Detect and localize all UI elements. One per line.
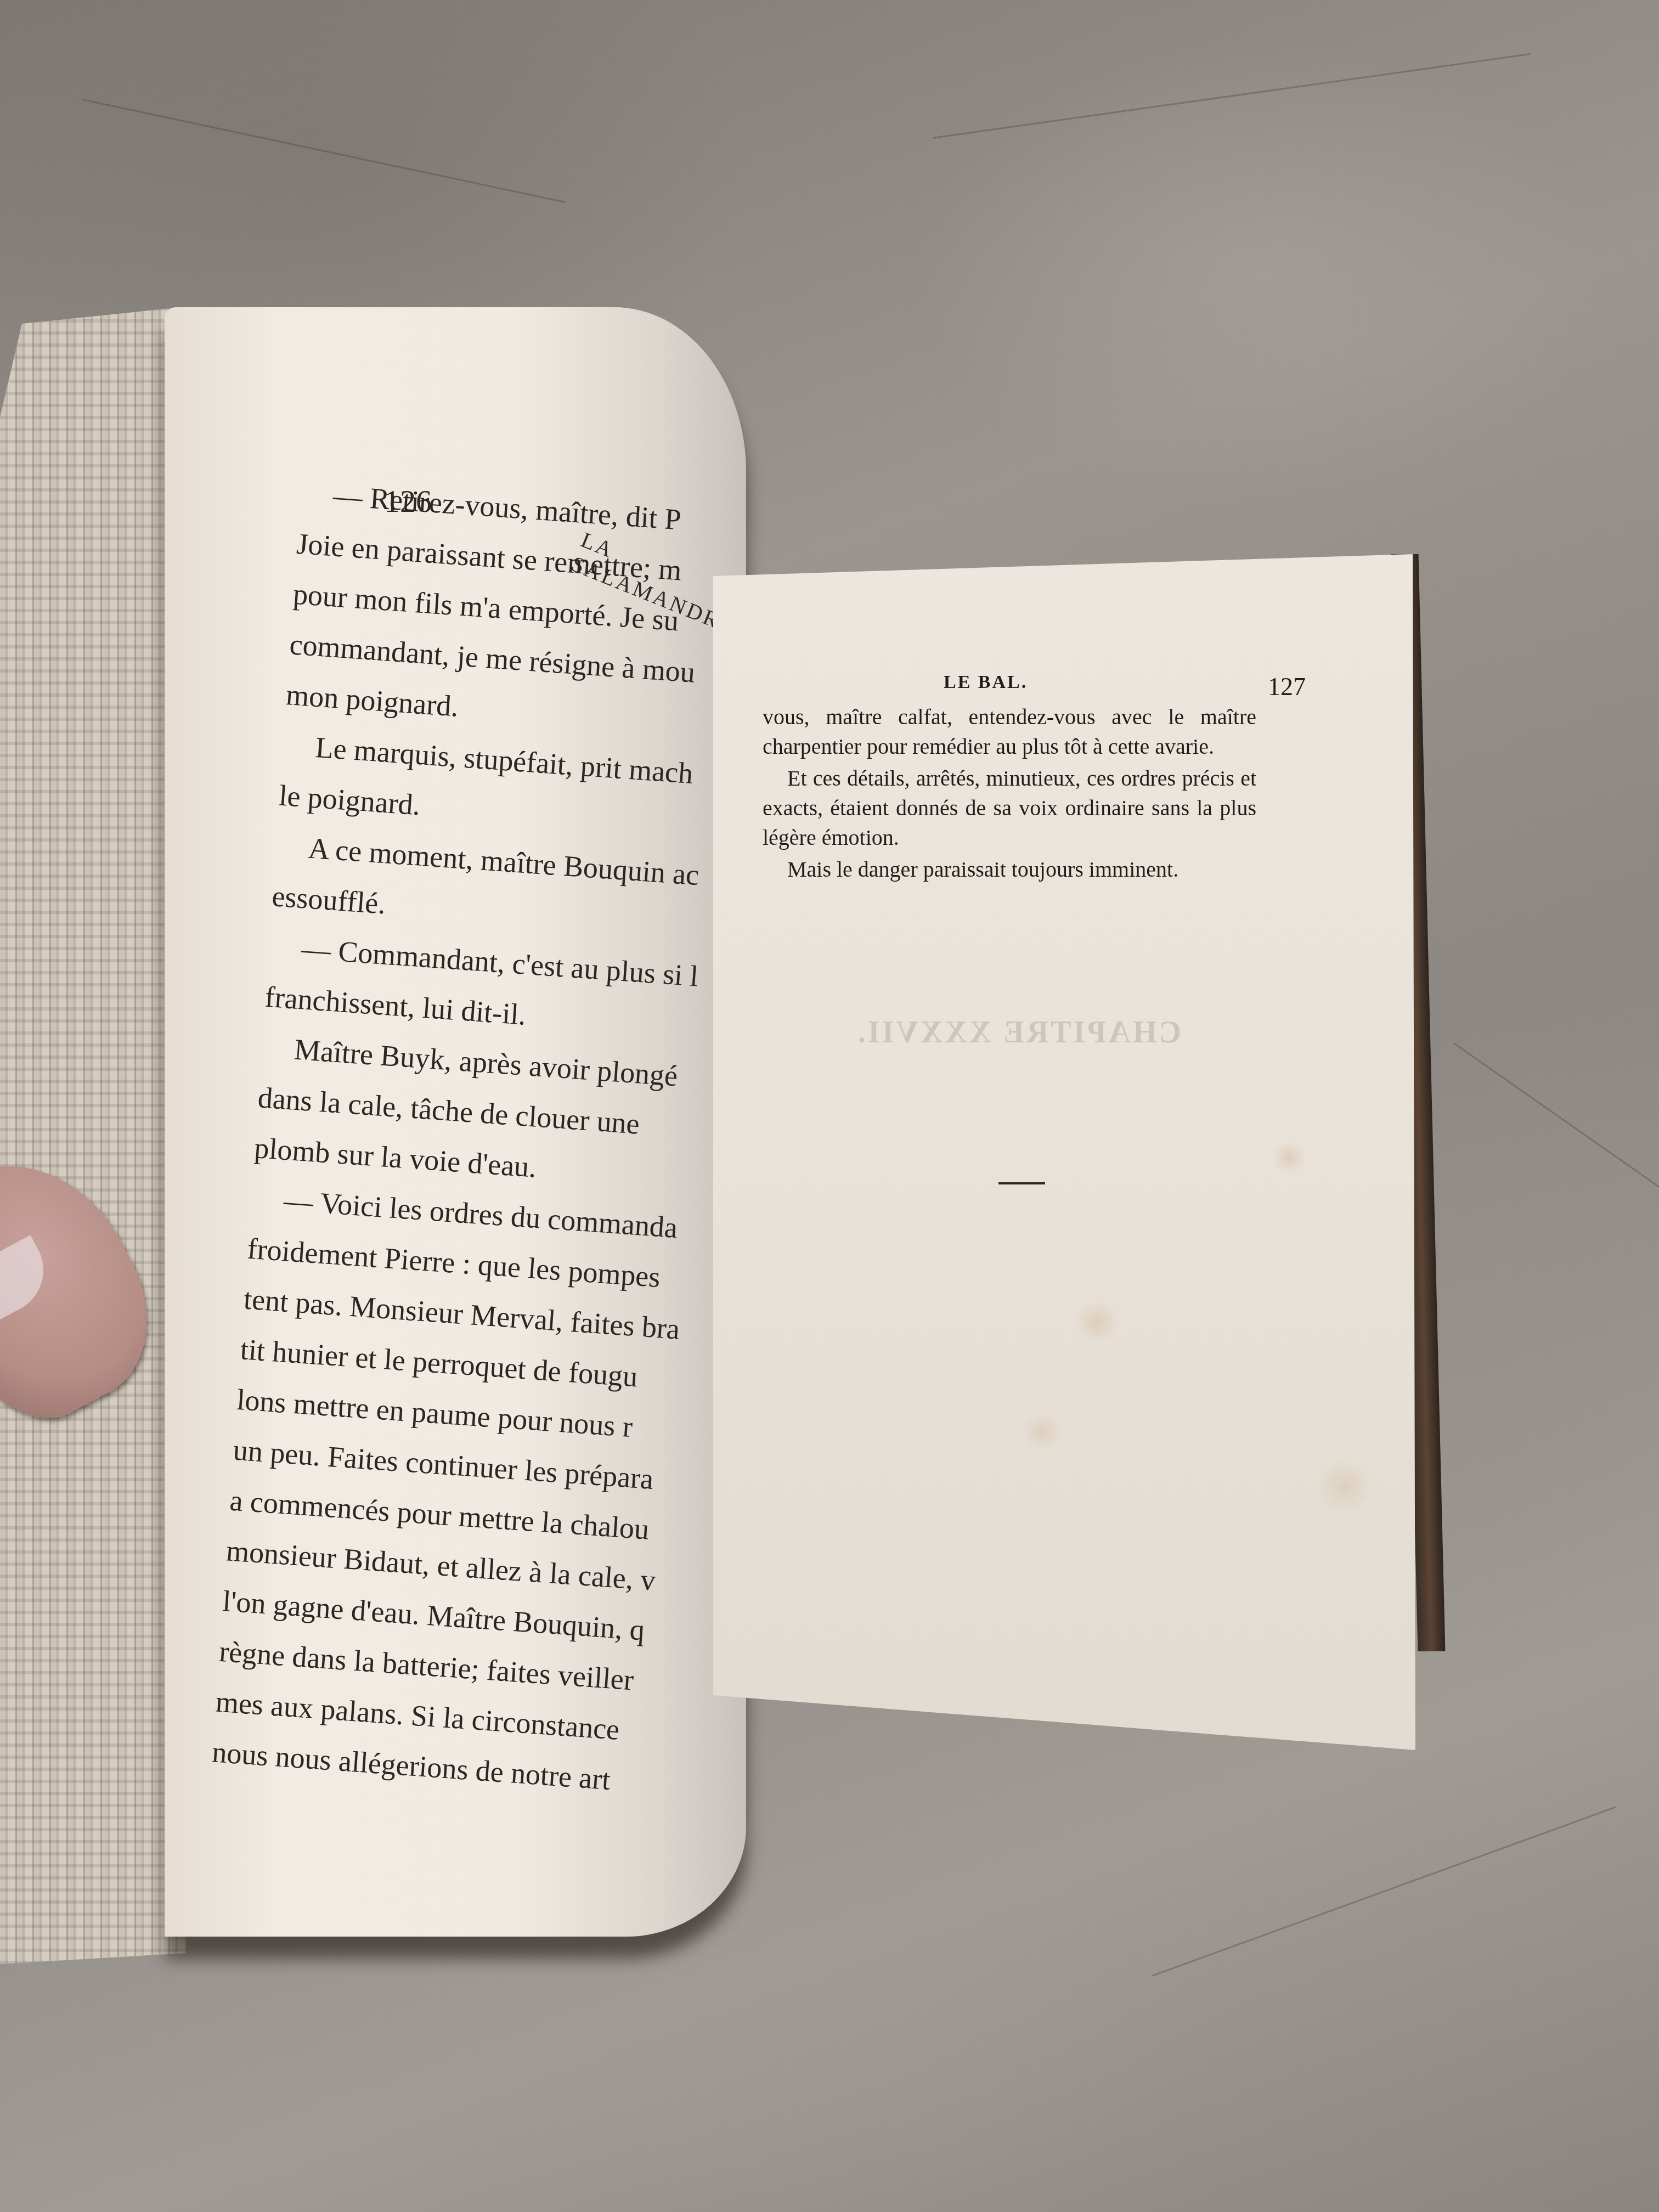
page-edges-stack [0, 307, 187, 1964]
marble-vein [933, 53, 1531, 139]
paragraph: Et ces détails, arrêtés, minutieux, ces … [763, 764, 1256, 853]
marble-vein [82, 99, 566, 203]
left-page-text: — Retirez-vous, maître, dit P Joie en pa… [210, 472, 746, 1815]
right-page: LE BAL. 127 vous, maître calfat, entende… [713, 554, 1415, 1761]
paragraph: vous, maître calfat, entendez-vous avec … [763, 702, 1256, 761]
show-through-chapter-heading: CHAPITRE XXXVII. [856, 1015, 1181, 1050]
right-page-text: vous, maître calfat, entendez-vous avec … [763, 702, 1256, 887]
running-head-right: LE BAL. [944, 672, 1028, 693]
left-page: 126 LA SALAMANDRE. — Retirez-vous, maîtr… [165, 307, 746, 1937]
paragraph: Mais le danger paraissait toujours immin… [763, 855, 1256, 884]
end-of-chapter-rule [998, 1182, 1045, 1184]
marble-vein [1453, 1042, 1659, 1201]
page-number-right: 127 [1268, 672, 1306, 701]
marble-vein [1152, 1806, 1616, 1977]
